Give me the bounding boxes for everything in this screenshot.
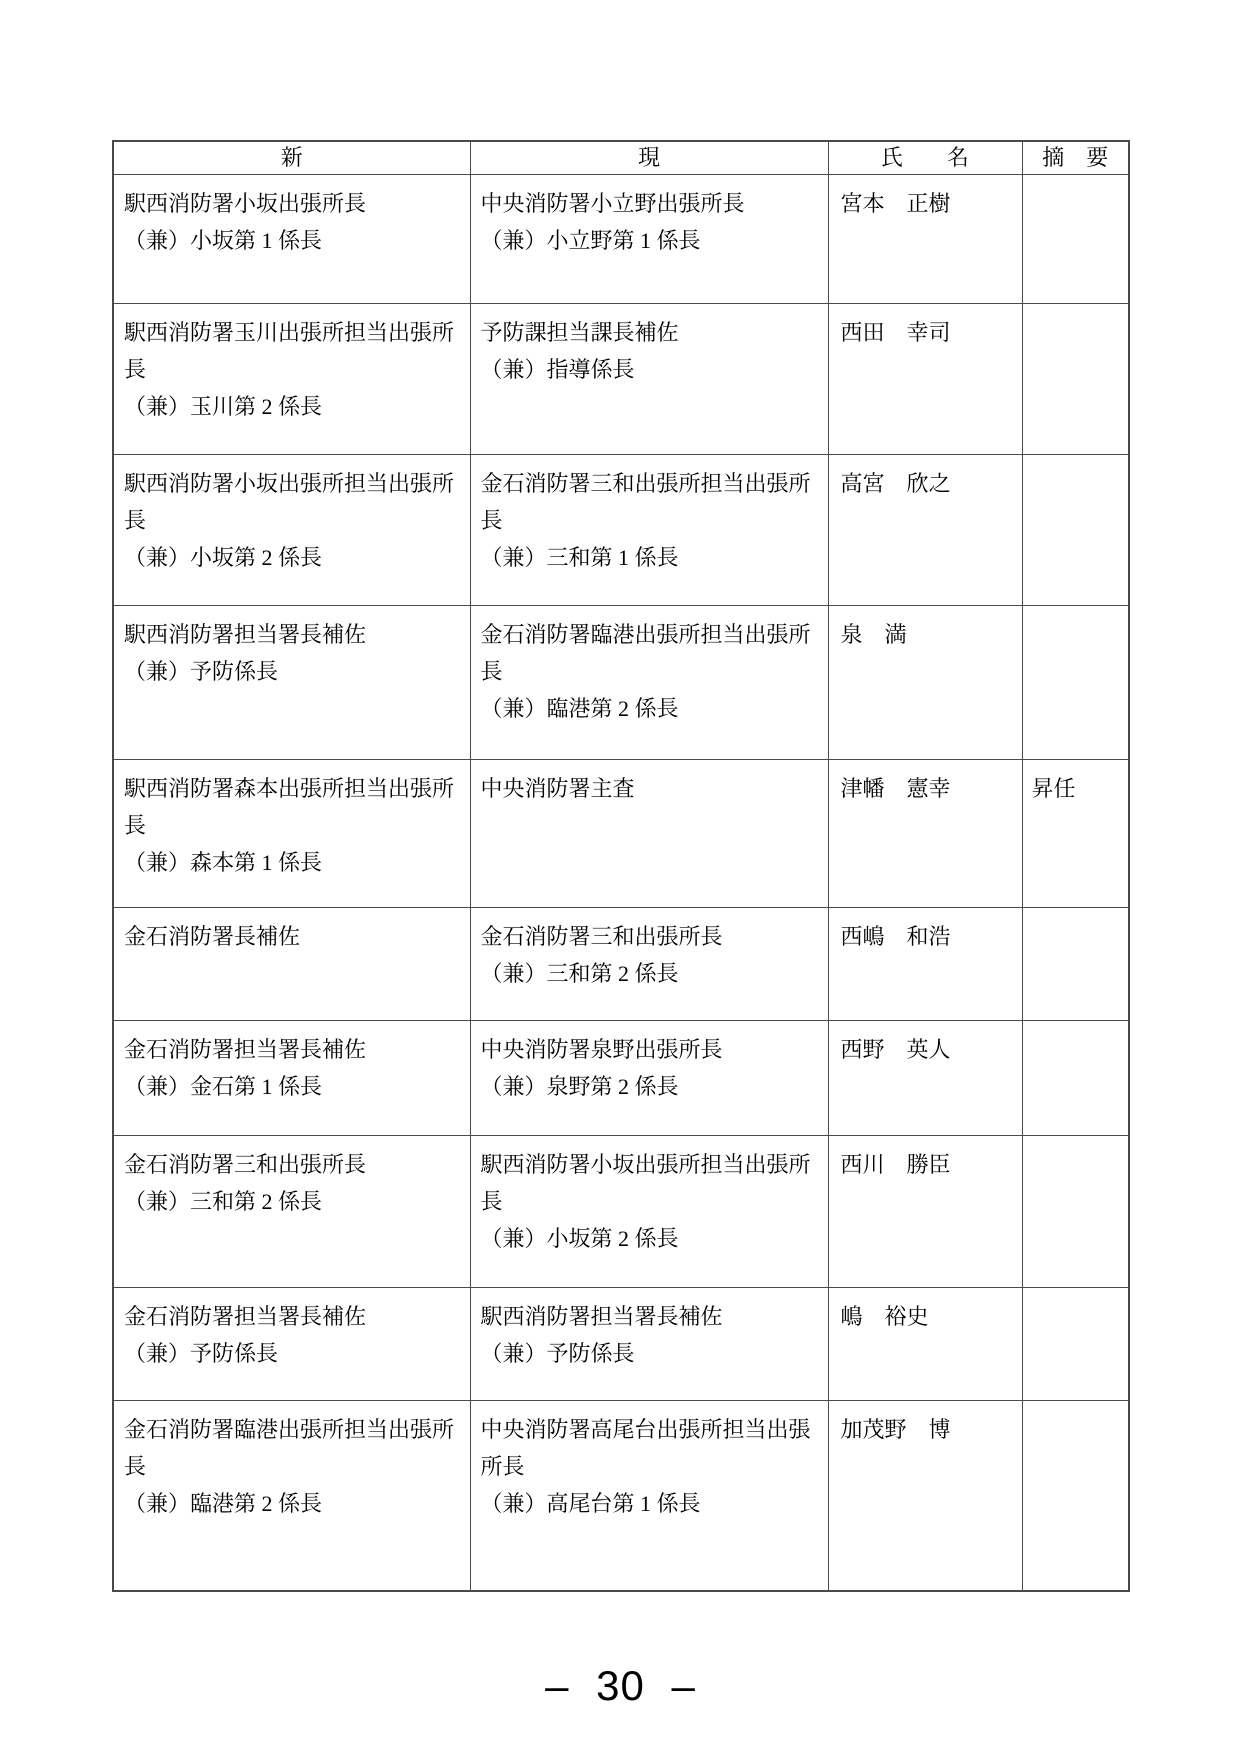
cell-line: 金石消防署臨港出張所担当出張所長: [124, 1411, 466, 1485]
table-row: 金石消防署担当署長補佐（兼）予防係長駅西消防署担当署長補佐（兼）予防係長嶋 裕史: [113, 1288, 1129, 1401]
cell-line: 中央消防署主査: [481, 770, 824, 807]
cell-current-position: 駅西消防署小坂出張所担当出張所長（兼）小坂第 2 係長: [470, 1136, 828, 1288]
cell-remarks: [1022, 175, 1129, 304]
document-page: 新 現 氏 名 摘 要 駅西消防署小坂出張所長（兼）小坂第 1 係長中央消防署小…: [0, 0, 1241, 1755]
table-row: 駅西消防署森本出張所担当出張所長（兼）森本第 1 係長中央消防署主査津幡 憲幸昇…: [113, 760, 1129, 908]
cell-line: （兼）小坂第 2 係長: [124, 539, 466, 576]
cell-line: 中央消防署泉野出張所長: [481, 1031, 824, 1068]
cell-line: （兼）予防係長: [124, 653, 466, 690]
cell-new-position: 駅西消防署森本出張所担当出張所長（兼）森本第 1 係長: [113, 760, 470, 908]
cell-name: 高宮 欣之: [828, 455, 1022, 606]
cell-line: （兼）予防係長: [124, 1335, 466, 1372]
cell-new-position: 駅西消防署玉川出張所担当出張所長（兼）玉川第 2 係長: [113, 304, 470, 455]
cell-remarks: [1022, 1136, 1129, 1288]
cell-line: 金石消防署担当署長補佐: [124, 1298, 466, 1335]
cell-line: （兼）小立野第 1 係長: [481, 222, 824, 259]
cell-current-position: 中央消防署高尾台出張所担当出張所長（兼）高尾台第 1 係長: [470, 1401, 828, 1591]
cell-new-position: 金石消防署担当署長補佐（兼）金石第 1 係長: [113, 1021, 470, 1136]
cell-line: （兼）泉野第 2 係長: [481, 1068, 824, 1105]
cell-current-position: 駅西消防署担当署長補佐（兼）予防係長: [470, 1288, 828, 1401]
cell-remarks: [1022, 1288, 1129, 1401]
cell-line: 金石消防署三和出張所長: [481, 918, 824, 955]
cell-line: 駅西消防署小坂出張所担当出張所長: [124, 465, 466, 539]
cell-name: 嶋 裕史: [828, 1288, 1022, 1401]
cell-line: 予防課担当課長補佐: [481, 314, 824, 351]
cell-current-position: 金石消防署三和出張所長（兼）三和第 2 係長: [470, 908, 828, 1021]
cell-line: 金石消防署臨港出張所担当出張所長: [481, 616, 824, 690]
header-name: 氏 名: [828, 141, 1022, 175]
cell-line: 駅西消防署担当署長補佐: [124, 616, 466, 653]
cell-line: （兼）三和第 2 係長: [481, 955, 824, 992]
cell-remarks: 昇任: [1022, 760, 1129, 908]
cell-new-position: 金石消防署臨港出張所担当出張所長（兼）臨港第 2 係長: [113, 1401, 470, 1591]
table-row: 金石消防署臨港出張所担当出張所長（兼）臨港第 2 係長中央消防署高尾台出張所担当…: [113, 1401, 1129, 1591]
cell-remarks: [1022, 606, 1129, 760]
cell-line: （兼）小坂第 1 係長: [124, 222, 466, 259]
cell-line: （兼）三和第 1 係長: [481, 539, 824, 576]
cell-line: （兼）小坂第 2 係長: [481, 1220, 824, 1257]
cell-remarks: [1022, 1401, 1129, 1591]
cell-name: 泉 満: [828, 606, 1022, 760]
cell-name: 西野 英人: [828, 1021, 1022, 1136]
cell-new-position: 金石消防署三和出張所長（兼）三和第 2 係長: [113, 1136, 470, 1288]
cell-name: 西川 勝臣: [828, 1136, 1022, 1288]
table-row: 駅西消防署小坂出張所長（兼）小坂第 1 係長中央消防署小立野出張所長（兼）小立野…: [113, 175, 1129, 304]
cell-line: （兼）玉川第 2 係長: [124, 388, 466, 425]
cell-new-position: 金石消防署担当署長補佐（兼）予防係長: [113, 1288, 470, 1401]
cell-current-position: 金石消防署三和出張所担当出張所長（兼）三和第 1 係長: [470, 455, 828, 606]
cell-line: 駅西消防署玉川出張所担当出張所長: [124, 314, 466, 388]
cell-new-position: 駅西消防署小坂出張所担当出張所長（兼）小坂第 2 係長: [113, 455, 470, 606]
cell-current-position: 中央消防署小立野出張所長（兼）小立野第 1 係長: [470, 175, 828, 304]
cell-line: 金石消防署担当署長補佐: [124, 1031, 466, 1068]
header-current-position: 現: [470, 141, 828, 175]
cell-name: 西嶋 和浩: [828, 908, 1022, 1021]
cell-line: 中央消防署小立野出張所長: [481, 185, 824, 222]
cell-current-position: 予防課担当課長補佐（兼）指導係長: [470, 304, 828, 455]
personnel-transfer-table: 新 現 氏 名 摘 要 駅西消防署小坂出張所長（兼）小坂第 1 係長中央消防署小…: [112, 140, 1130, 1592]
cell-line: 駅西消防署森本出張所担当出張所長: [124, 770, 466, 844]
cell-line: 金石消防署三和出張所担当出張所長: [481, 465, 824, 539]
cell-name: 加茂野 博: [828, 1401, 1022, 1591]
cell-current-position: 中央消防署主査: [470, 760, 828, 908]
cell-new-position: 駅西消防署小坂出張所長（兼）小坂第 1 係長: [113, 175, 470, 304]
page-number: – 30 –: [0, 1662, 1241, 1710]
cell-line: （兼）森本第 1 係長: [124, 844, 466, 881]
cell-name: 西田 幸司: [828, 304, 1022, 455]
cell-line: （兼）臨港第 2 係長: [481, 690, 824, 727]
cell-current-position: 金石消防署臨港出張所担当出張所長（兼）臨港第 2 係長: [470, 606, 828, 760]
cell-current-position: 中央消防署泉野出張所長（兼）泉野第 2 係長: [470, 1021, 828, 1136]
cell-remarks: [1022, 908, 1129, 1021]
table-row: 金石消防署長補佐金石消防署三和出張所長（兼）三和第 2 係長西嶋 和浩: [113, 908, 1129, 1021]
cell-line: 金石消防署三和出張所長: [124, 1146, 466, 1183]
cell-line: 駅西消防署担当署長補佐: [481, 1298, 824, 1335]
cell-name: 津幡 憲幸: [828, 760, 1022, 908]
cell-line: （兼）高尾台第 1 係長: [481, 1485, 824, 1522]
cell-line: 金石消防署長補佐: [124, 918, 466, 955]
cell-remarks: [1022, 1021, 1129, 1136]
table-row: 駅西消防署玉川出張所担当出張所長（兼）玉川第 2 係長予防課担当課長補佐（兼）指…: [113, 304, 1129, 455]
cell-line: （兼）金石第 1 係長: [124, 1068, 466, 1105]
cell-name: 宮本 正樹: [828, 175, 1022, 304]
table-row: 駅西消防署担当署長補佐（兼）予防係長金石消防署臨港出張所担当出張所長（兼）臨港第…: [113, 606, 1129, 760]
cell-line: （兼）指導係長: [481, 351, 824, 388]
cell-new-position: 駅西消防署担当署長補佐（兼）予防係長: [113, 606, 470, 760]
cell-new-position: 金石消防署長補佐: [113, 908, 470, 1021]
header-remarks: 摘 要: [1022, 141, 1129, 175]
cell-line: 駅西消防署小坂出張所担当出張所長: [481, 1146, 824, 1220]
cell-line: （兼）予防係長: [481, 1335, 824, 1372]
table-row: 金石消防署担当署長補佐（兼）金石第 1 係長中央消防署泉野出張所長（兼）泉野第 …: [113, 1021, 1129, 1136]
cell-line: 中央消防署高尾台出張所担当出張所長: [481, 1411, 824, 1485]
cell-line: 駅西消防署小坂出張所長: [124, 185, 466, 222]
table-row: 金石消防署三和出張所長（兼）三和第 2 係長駅西消防署小坂出張所担当出張所長（兼…: [113, 1136, 1129, 1288]
table-body: 駅西消防署小坂出張所長（兼）小坂第 1 係長中央消防署小立野出張所長（兼）小立野…: [113, 175, 1129, 1591]
cell-remarks: [1022, 304, 1129, 455]
cell-line: （兼）臨港第 2 係長: [124, 1485, 466, 1522]
cell-remarks: [1022, 455, 1129, 606]
table-row: 駅西消防署小坂出張所担当出張所長（兼）小坂第 2 係長金石消防署三和出張所担当出…: [113, 455, 1129, 606]
cell-line: （兼）三和第 2 係長: [124, 1183, 466, 1220]
header-new-position: 新: [113, 141, 470, 175]
header-row: 新 現 氏 名 摘 要: [113, 141, 1129, 175]
